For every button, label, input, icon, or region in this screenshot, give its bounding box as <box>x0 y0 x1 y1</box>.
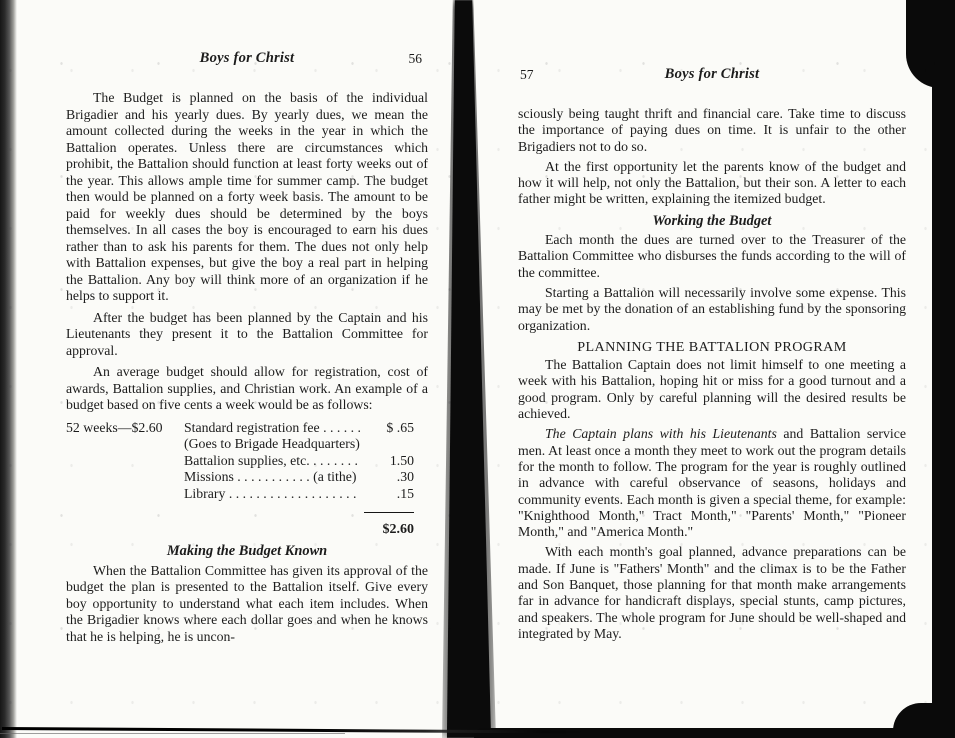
budget-total-block: $2.60 <box>66 504 428 538</box>
section-heading-working-the-budget: Working the Budget <box>518 213 906 229</box>
paragraph: The Battalion Captain does not limit him… <box>518 357 906 422</box>
budget-items: Standard registration fee . . . . . . $ … <box>184 420 428 503</box>
paragraph-italic-lead: The Captain plans with his Lieutenants <box>545 426 777 441</box>
paragraph: The Captain plans with his Lieutenants a… <box>518 426 906 540</box>
budget-item-amount <box>410 436 414 453</box>
paragraph: When the Battalion Committee has given i… <box>66 563 428 646</box>
right-page: 57 Boys for Christ sciously being taught… <box>518 66 906 646</box>
paragraph-rest: and Battalion service men. At least once… <box>518 426 906 539</box>
budget-table: 52 weeks—$2.60 Standard registration fee… <box>66 420 428 503</box>
budget-row: (Goes to Brigade Headquarters) <box>184 436 414 453</box>
running-title: Boys for Christ <box>665 66 760 82</box>
left-page: Boys for Christ 56 The Budget is planned… <box>66 50 428 650</box>
page-number-57: 57 <box>520 67 534 83</box>
budget-item-amount: $ .65 <box>382 420 414 437</box>
paragraph: After the budget has been planned by the… <box>66 310 428 360</box>
budget-item-label: Library . . . . . . . . . . . . . . . . … <box>184 486 356 503</box>
paragraph: An average budget should allow for regis… <box>66 364 428 414</box>
budget-item-amount: 1.50 <box>386 453 414 470</box>
budget-row: Missions . . . . . . . . . . . (a tithe)… <box>184 469 414 486</box>
left-page-bottom-edge-faint-line <box>0 733 345 734</box>
paragraph: sciously being taught thrift and financi… <box>518 106 906 155</box>
section-heading-making-budget-known: Making the Budget Known <box>66 543 428 560</box>
paragraph: With each month's goal planned, advance … <box>518 544 906 642</box>
left-running-header: Boys for Christ 56 <box>66 50 428 69</box>
budget-item-label: Standard registration fee . . . . . . <box>184 420 361 437</box>
budget-duration-label: 52 weeks—$2.60 <box>66 420 184 503</box>
budget-row: Standard registration fee . . . . . . $ … <box>184 420 414 437</box>
page-number-56: 56 <box>409 51 423 68</box>
right-scan-edge <box>932 0 955 738</box>
paragraph: At the first opportunity let the parents… <box>518 159 906 208</box>
paragraph: The Budget is planned on the basis of th… <box>66 90 428 305</box>
budget-total-rule <box>364 512 414 513</box>
budget-item-amount: .30 <box>393 469 414 486</box>
budget-item-amount: .15 <box>393 486 414 503</box>
budget-row: Library . . . . . . . . . . . . . . . . … <box>184 486 414 503</box>
bottom-right-corner-shadow <box>893 703 955 738</box>
book-scan-spread: Boys for Christ 56 The Budget is planned… <box>0 0 955 738</box>
budget-item-note: (Goes to Brigade Headquarters) <box>184 436 360 453</box>
budget-row: Battalion supplies, etc. . . . . . . . 1… <box>184 453 414 470</box>
paragraph: Starting a Battalion will necessarily in… <box>518 285 906 334</box>
right-running-header: 57 Boys for Christ <box>518 66 906 85</box>
running-title: Boys for Christ <box>200 50 295 66</box>
left-scan-edge <box>0 0 17 738</box>
paragraph: Each month the dues are turned over to t… <box>518 232 906 281</box>
section-heading-planning-battalion-program: PLANNING THE BATTALION PROGRAM <box>518 339 906 355</box>
budget-item-label: Missions . . . . . . . . . . . (a tithe) <box>184 469 356 486</box>
budget-item-label: Battalion supplies, etc. . . . . . . . <box>184 453 358 470</box>
budget-total: $2.60 <box>383 522 415 537</box>
